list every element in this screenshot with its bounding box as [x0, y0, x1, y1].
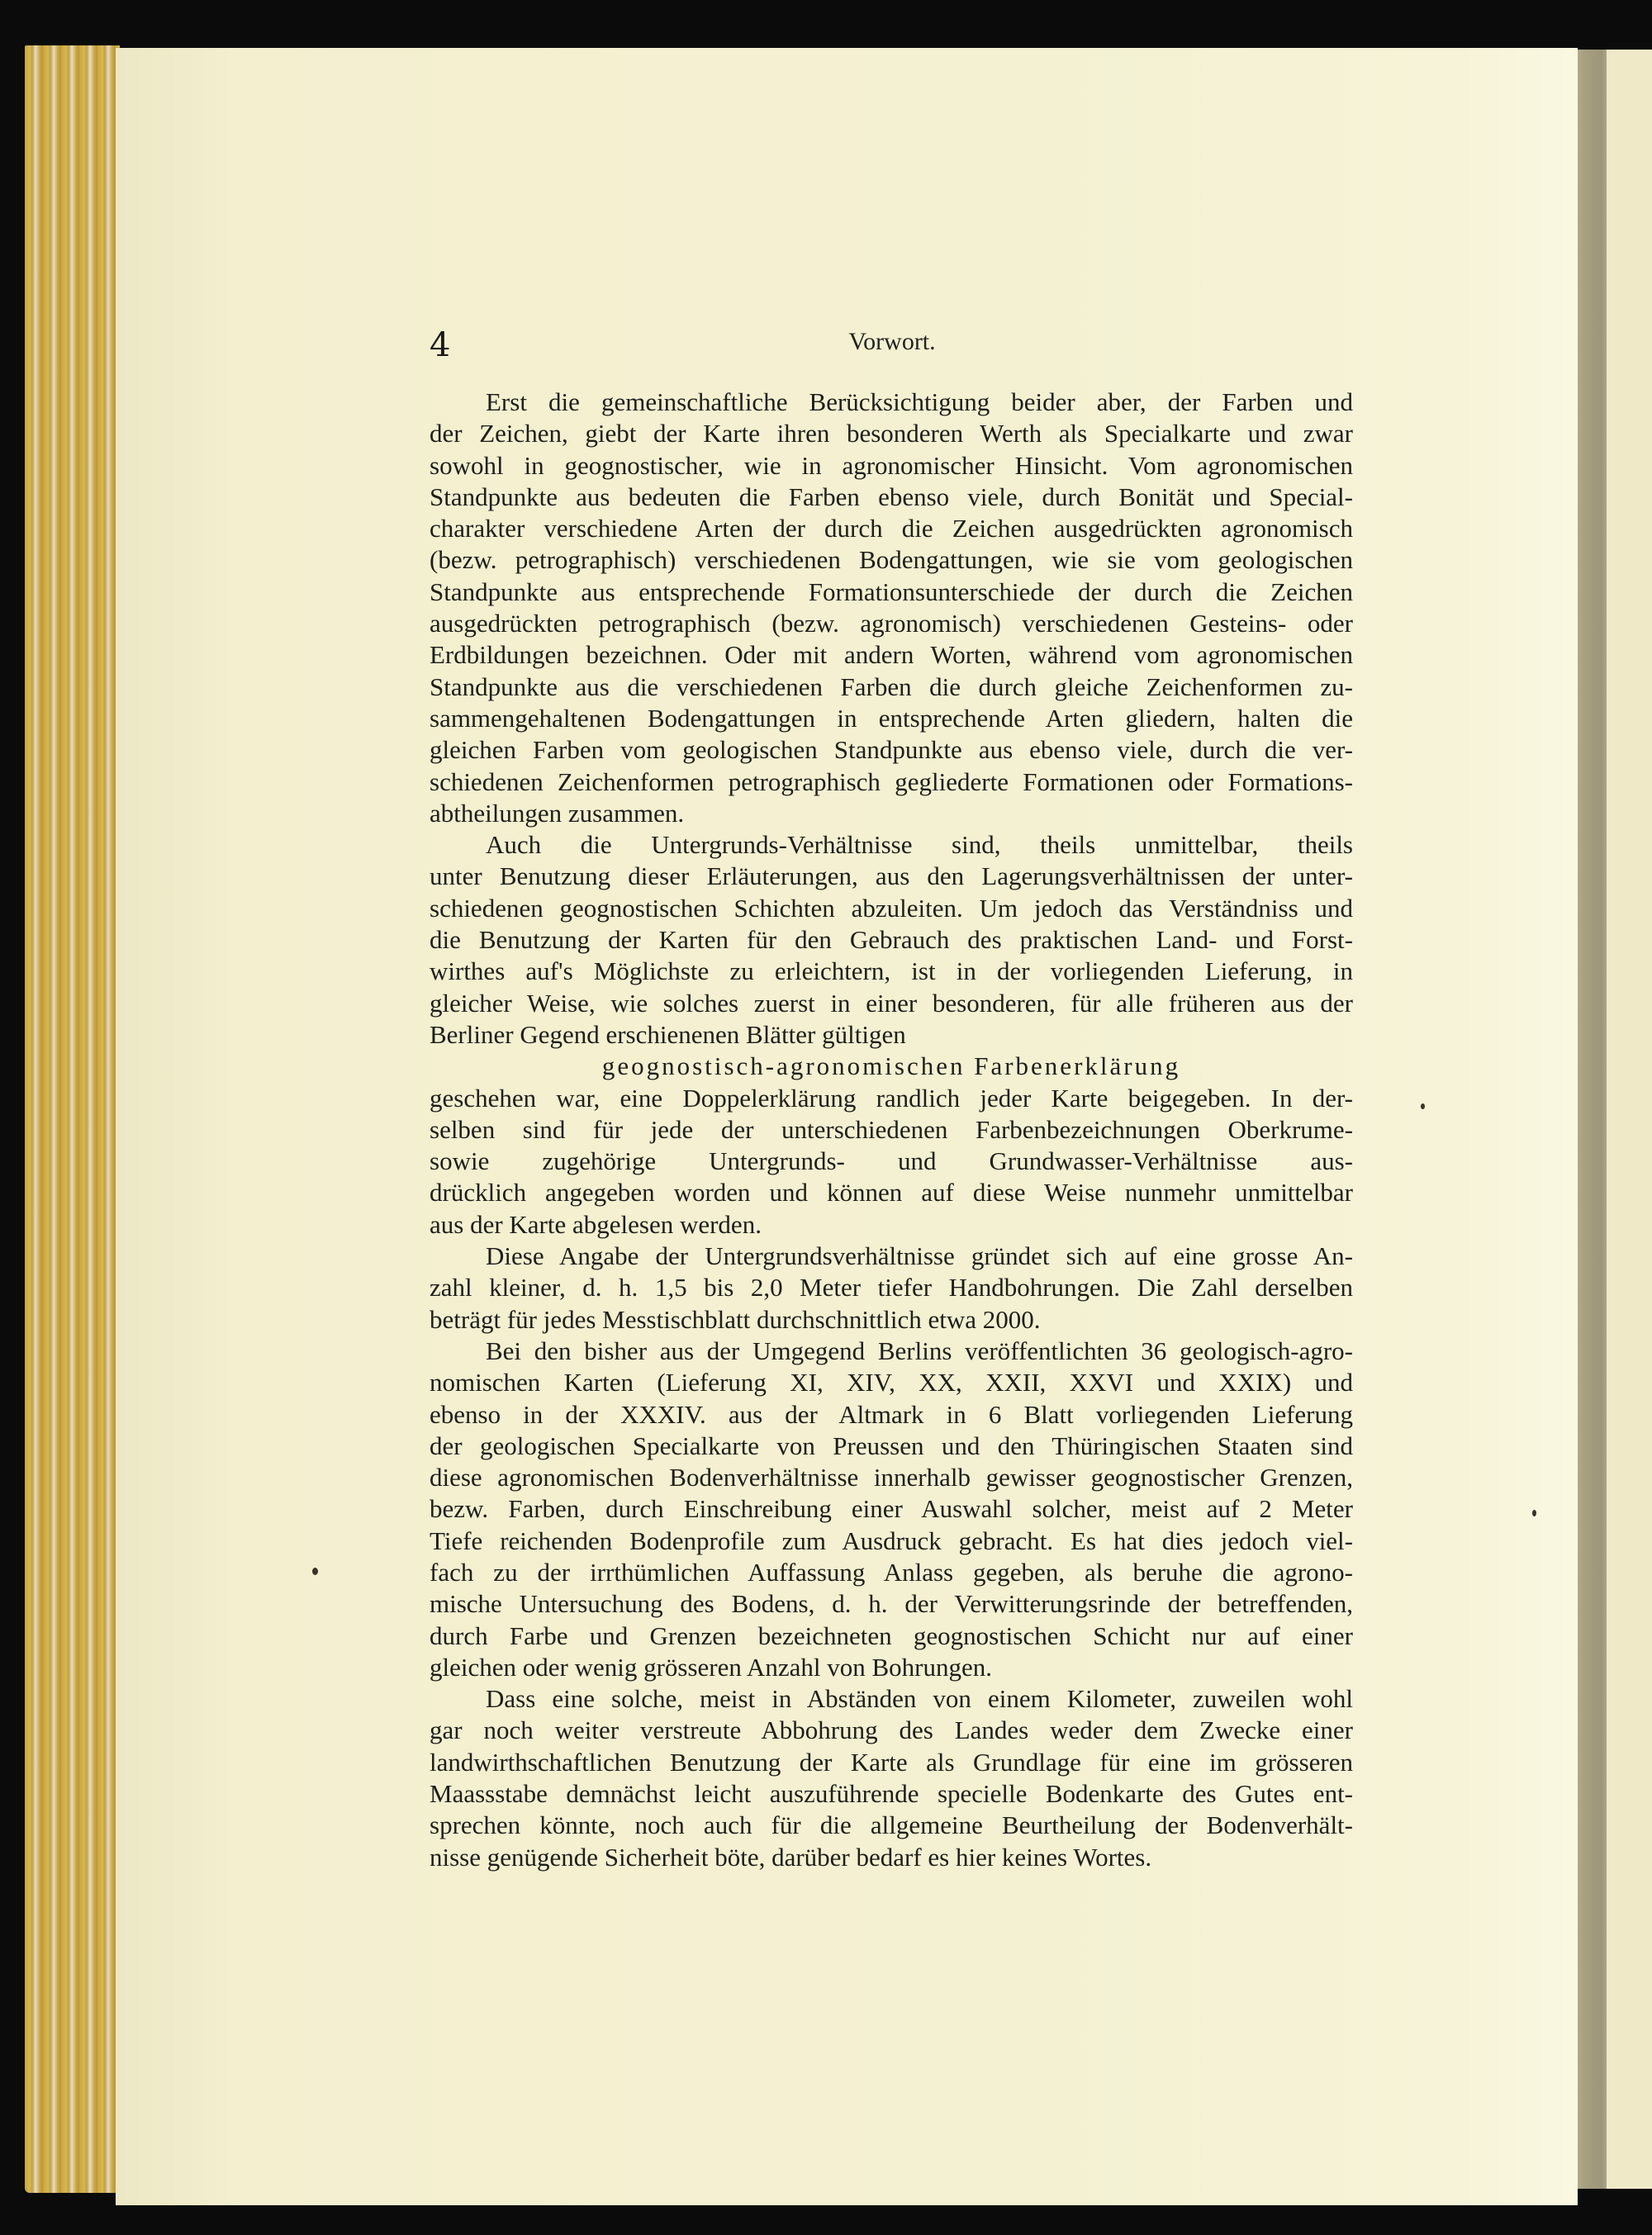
text-line: gleichen oder wenig grösseren Anzahl von… — [430, 1652, 1353, 1683]
text-line: sammengehaltenen Bodengattungen in entsp… — [430, 703, 1353, 734]
paragraph: Bei den bisher aus der Umgegend Berlins … — [430, 1336, 1353, 1683]
text-line: sowie zugehörige Untergrunds- und Grundw… — [430, 1146, 1353, 1177]
text-line: Tiefe reichenden Bodenprofile zum Ausdru… — [430, 1526, 1353, 1557]
paragraph: Auch die Untergrunds-Verhältnisse sind, … — [430, 829, 1353, 1241]
text-line: Bei den bisher aus der Umgegend Berlins … — [430, 1336, 1353, 1367]
paper-speck — [312, 1568, 318, 1575]
text-line: nomischen Karten (Lieferung XI, XIV, XX,… — [430, 1367, 1353, 1398]
centered-heading-line: geognostisch-agronomischen Farbenerkläru… — [430, 1051, 1353, 1082]
running-head: Vorwort. — [430, 328, 1355, 356]
text-line: der Zeichen, giebt der Karte ihren beson… — [430, 418, 1353, 449]
paper-speck — [1532, 1510, 1536, 1516]
text-line: sowohl in geognostischer, wie in agronom… — [430, 450, 1353, 482]
text-line: (bezw. petrographisch) verschiedenen Bod… — [430, 544, 1353, 576]
paragraph: Erst die gemeinschaftliche Berücksichtig… — [430, 387, 1353, 829]
paragraph: Dass eine solche, meist in Abständen von… — [430, 1683, 1353, 1873]
text-line: ebenso in der XXXIV. aus der Altmark in … — [430, 1399, 1353, 1431]
paragraph: Diese Angabe der Untergrundsverhältnisse… — [430, 1241, 1353, 1336]
text-line: Standpunkte aus bedeuten die Farben eben… — [430, 482, 1353, 513]
text-line: charakter verschiedene Arten der durch d… — [430, 513, 1353, 544]
text-line: sprechen könnte, noch auch für die allge… — [430, 1810, 1353, 1841]
book-page-edges — [25, 45, 120, 2193]
text-line: diese agronomischen Bodenverhältnisse in… — [430, 1462, 1353, 1493]
text-line: schiedenen Zeichenformen petrographisch … — [430, 766, 1353, 798]
text-line: zahl kleiner, d. h. 1,5 bis 2,0 Meter ti… — [430, 1272, 1353, 1303]
text-line: bezw. Farben, durch Einschreibung einer … — [430, 1493, 1353, 1525]
text-line: durch Farbe und Grenzen bezeichneten geo… — [430, 1620, 1353, 1652]
text-line: selben sind für jede der unterschiedenen… — [430, 1114, 1353, 1146]
text-line: schiedenen geognostischen Schichten abzu… — [430, 893, 1353, 924]
paper-speck — [1421, 1103, 1425, 1109]
text-line: gleicher Weise, wie solches zuerst in ei… — [430, 988, 1353, 1019]
text-line: beträgt für jedes Messtischblatt durchsc… — [430, 1304, 1353, 1336]
text-line: Erst die gemeinschaftliche Berücksichtig… — [430, 387, 1353, 418]
text-line: ausgedrückten petrographisch (bezw. agro… — [430, 608, 1353, 639]
text-line: aus der Karte abgelesen werden. — [430, 1209, 1353, 1241]
text-line: landwirthschaftlichen Benutzung der Kart… — [430, 1747, 1353, 1778]
adjacent-page — [1607, 50, 1652, 2189]
text-line: abtheilungen zusammen. — [430, 798, 1353, 829]
text-line: der geologischen Specialkarte von Preuss… — [430, 1431, 1353, 1462]
text-line: Standpunkte aus die verschiedenen Farben… — [430, 671, 1353, 703]
body-text: Erst die gemeinschaftliche Berücksichtig… — [430, 387, 1353, 1873]
text-line: unter Benutzung dieser Erläuterungen, au… — [430, 861, 1353, 892]
text-line: mische Untersuchung des Bodens, d. h. de… — [430, 1588, 1353, 1620]
text-line: Standpunkte aus entsprechende Formations… — [430, 577, 1353, 608]
page-header: 4 Vorwort. — [430, 326, 1355, 368]
text-line: Diese Angabe der Untergrundsverhältnisse… — [430, 1241, 1353, 1272]
text-line: wirthes auf's Möglichste zu erleichtern,… — [430, 956, 1353, 987]
text-line: drücklich angegeben worden und können au… — [430, 1177, 1353, 1208]
text-line: Maassstabe demnächst leicht auszuführend… — [430, 1778, 1353, 1810]
text-line: gleichen Farben vom geologischen Standpu… — [430, 734, 1353, 766]
text-line: Berliner Gegend erschienenen Blätter gül… — [430, 1019, 1353, 1051]
text-line: Erdbildungen bezeichnen. Oder mit andern… — [430, 639, 1353, 671]
text-line: geschehen war, eine Doppelerklärung rand… — [430, 1083, 1353, 1114]
text-line: gar noch weiter verstreute Abbohrung des… — [430, 1715, 1353, 1746]
text-line: die Benutzung der Karten für den Gebrauc… — [430, 924, 1353, 956]
text-line: Dass eine solche, meist in Abständen von… — [430, 1683, 1353, 1715]
text-line: fach zu der irrthümlichen Auffassung Anl… — [430, 1557, 1353, 1588]
text-line: Auch die Untergrunds-Verhältnisse sind, … — [430, 829, 1353, 861]
text-line: nisse genügende Sicherheit böte, darüber… — [430, 1842, 1353, 1873]
